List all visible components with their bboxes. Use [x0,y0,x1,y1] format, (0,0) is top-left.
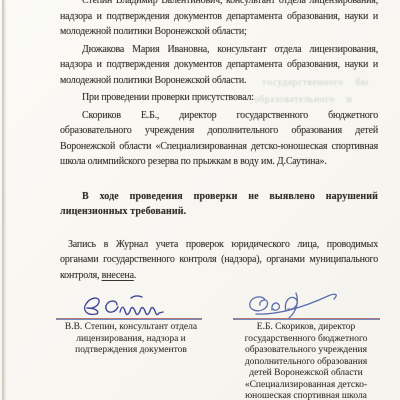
text-line: В ходе проведения проверки не выявлено н… [60,189,378,205]
text-line: органами государственного контроля (надз… [60,252,378,268]
text-line: надзора и подтверждения документов депар… [60,9,378,25]
caption-line: В.В. Степин, консультант отдела [56,322,206,334]
text-line: Степин Владимир Валентинович, консультан… [60,0,378,9]
text-line: школа олимпийского резерва по прыжкам в … [60,154,378,170]
paragraph-inspector-1: Степин Владимир Валентинович, консультан… [60,0,378,40]
signature-caption-skorikov: Е.Б. Скориков, директор государственного… [226,322,386,400]
caption-line: юношеская спортивная школа [226,391,386,400]
caption-line: государственного бюджетного [226,334,386,346]
caption-line: Е.Б. Скориков, директор [226,322,386,334]
underlined-word-vnesena: внесена [102,270,134,281]
document-body: Степин Владимир Валентинович, консультан… [60,0,378,283]
text-line: молодежной политики Воронежской области. [60,73,378,89]
scanned-document-page: государственного бю образовательного и С… [0,0,400,400]
text-line: образовательного учреждения дополнительн… [60,123,378,139]
text-line: Скориков Е.Б., директор государственного… [60,108,378,124]
text-line: Дюжакова Мария Ивановна, консультант отд… [60,42,378,58]
caption-line: «Специализированная детско- [226,380,386,392]
text-line: Воронежской области «Специализированная … [60,139,378,155]
paragraph-journal-record: Запись в Журнал учета проверок юридическ… [60,237,378,284]
signature-line-right [233,318,380,320]
handwritten-signature-stepin [74,293,204,321]
text-line: лицензионных требований. [60,204,378,220]
caption-line: дополнительного образования [226,357,386,369]
signature-line-left [56,318,202,320]
paragraph-inspector-2: Дюжакова Мария Ивановна, консультант отд… [60,42,378,89]
scan-edge-artifact [2,0,4,400]
text-line: При проведении проверки присутствовал: [60,90,378,106]
caption-line: лицензирования, надзора и [56,334,206,346]
caption-line: образовательного учреждения [226,345,386,357]
journal-line-suffix: . [134,270,136,281]
text-line: контроля, внесена. [60,268,378,284]
journal-line-prefix: контроля, [60,270,102,281]
paragraph-attendee: Скориков Е.Б., директор государственного… [60,108,378,170]
caption-line: подтверждения документов [56,345,206,357]
text-line: надзора и подтверждения документов депар… [60,57,378,73]
handwritten-signature-skorikov [238,287,378,321]
text-line: Запись в Журнал учета проверок юридическ… [60,237,378,253]
text-line: молодежной политики Воронежской области; [60,24,378,40]
paragraph-presence: При проведении проверки присутствовал: [60,90,378,106]
paragraph-conclusion: В ходе проведения проверки не выявлено н… [60,189,378,220]
signature-caption-stepin: В.В. Степин, консультант отдела лицензир… [56,322,206,357]
caption-line: детей Воронежской области [226,368,386,380]
